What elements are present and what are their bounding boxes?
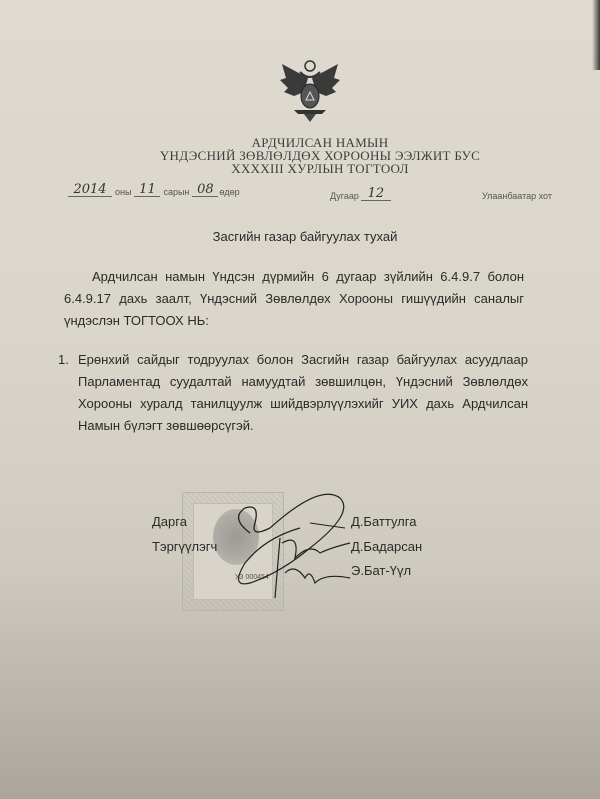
- city-label: Улаанбаатар хот: [482, 191, 552, 201]
- number-value: 12: [361, 187, 391, 201]
- date-year-label: оны: [115, 187, 131, 197]
- chair-name: Д.Баттулга: [351, 514, 416, 529]
- date-row: 2014 оны 11 сарын 08 өдөр: [68, 183, 243, 197]
- header-resolution-title: XXXXIII ХУРЛЫН ТОГТООЛ: [20, 161, 600, 177]
- number-row: Дугаар 12: [330, 187, 391, 201]
- date-month: 11: [134, 183, 160, 197]
- date-year: 2014: [68, 183, 112, 197]
- document-page: АРДЧИЛСАН НАМЫН ҮНДЭСНИЙ ЗӨВЛӨЛДӨХ ХОРОО…: [0, 0, 600, 799]
- leader-name-1: Д.Бадарсан: [351, 539, 422, 554]
- leader-title: Тэргүүлэгч: [152, 539, 217, 554]
- document-title: Засгийн газар байгуулах тухай: [0, 229, 600, 244]
- handwritten-signature: [210, 488, 360, 608]
- party-emblem-eagle-icon: [278, 58, 342, 124]
- item-number: 1.: [58, 349, 78, 437]
- item-text: Ерөнхий сайдыг тодруулах болон Засгийн г…: [78, 349, 528, 437]
- page-edge-shadow: [592, 0, 600, 70]
- date-month-label: сарын: [163, 187, 189, 197]
- preamble-paragraph: Ардчилсан намын Үндсэн дүрмийн 6 дугаар …: [64, 266, 524, 332]
- date-day: 08: [192, 183, 218, 197]
- leader-name-2: Э.Бат-Үүл: [351, 563, 411, 578]
- number-label: Дугаар: [330, 191, 359, 201]
- resolution-item: 1. Ерөнхий сайдыг тодруулах болон Засгий…: [58, 349, 528, 437]
- date-day-label: өдөр: [219, 187, 239, 197]
- chair-title: Дарга: [152, 514, 187, 529]
